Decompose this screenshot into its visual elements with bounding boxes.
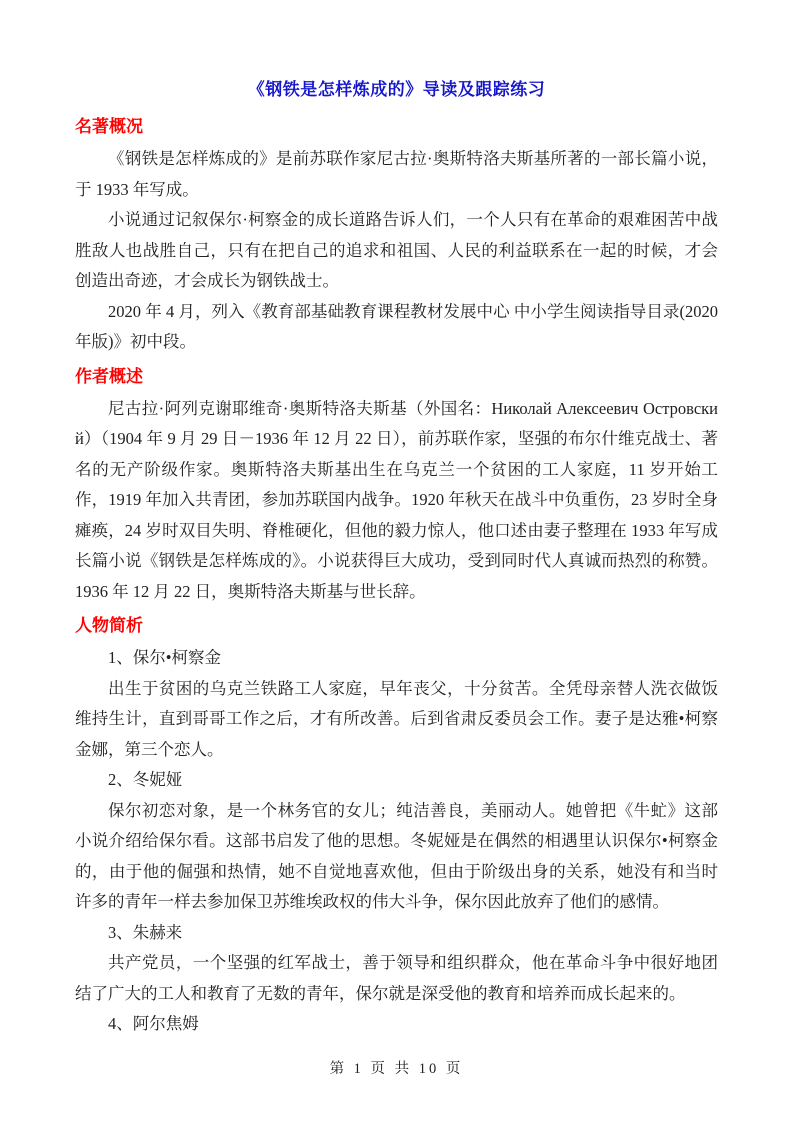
character-name: 1、保尔•柯察金 — [75, 643, 718, 674]
section-heading-book-overview: 名著概况 — [75, 114, 718, 140]
section-heading-author-overview: 作者概述 — [75, 364, 718, 390]
section-book-overview: 名著概况 《钢铁是怎样炼成的》是前苏联作家尼古拉·奥斯特洛夫斯基所著的一部长篇小… — [75, 114, 718, 358]
page-footer: 第 1 页 共 10 页 — [0, 1057, 793, 1078]
paragraph: 《钢铁是怎样炼成的》是前苏联作家尼古拉·奥斯特洛夫斯基所著的一部长篇小说，于 1… — [75, 144, 718, 205]
section-author-overview: 作者概述 尼古拉·阿列克谢耶维奇·奥斯特洛夫斯基（外国名：Николай Але… — [75, 364, 718, 608]
paragraph: 2020 年 4 月，列入《教育部基础教育课程教材发展中心 中小学生阅读指导目录… — [75, 297, 718, 358]
character-name: 3、朱赫来 — [75, 918, 718, 949]
document-page: 《钢铁是怎样炼成的》导读及跟踪练习 名著概况 《钢铁是怎样炼成的》是前苏联作家尼… — [0, 0, 793, 1122]
section-heading-character-analysis: 人物简析 — [75, 613, 718, 639]
paragraph: 尼古拉·阿列克谢耶维奇·奥斯特洛夫斯基（外国名：Николай Алексеев… — [75, 394, 718, 608]
section-character-analysis: 人物简析 1、保尔•柯察金 出生于贫困的乌克兰铁路工人家庭，早年丧父，十分贫苦。… — [75, 613, 718, 1040]
character-name: 4、阿尔焦姆 — [75, 1009, 718, 1040]
paragraph: 小说通过记叙保尔·柯察金的成长道路告诉人们，一个人只有在革命的艰难困苦中战胜敌人… — [75, 205, 718, 297]
document-title: 《钢铁是怎样炼成的》导读及跟踪练习 — [75, 78, 718, 102]
character-description: 保尔初恋对象，是一个林务官的女儿；纯洁善良，美丽动人。她曾把《牛虻》这部小说介绍… — [75, 796, 718, 918]
character-description: 出生于贫困的乌克兰铁路工人家庭，早年丧父，十分贫苦。全凭母亲替人洗衣做饭维持生计… — [75, 674, 718, 766]
character-name: 2、冬妮娅 — [75, 765, 718, 796]
character-description: 共产党员，一个坚强的红军战士，善于领导和组织群众，他在革命斗争中很好地团结了广大… — [75, 948, 718, 1009]
document-content: 《钢铁是怎样炼成的》导读及跟踪练习 名著概况 《钢铁是怎样炼成的》是前苏联作家尼… — [0, 0, 793, 1040]
